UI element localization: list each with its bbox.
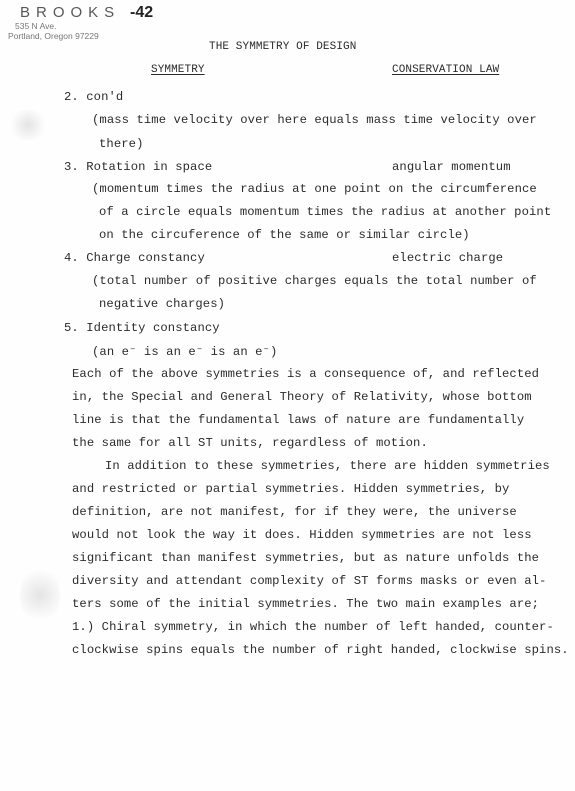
stamp-name: BROOKS [20,4,120,21]
document-title: THE SYMMETRY OF DESIGN [209,41,356,53]
paragraph-line: line is that the fundamental laws of nat… [72,413,524,427]
document-page: BROOKS -42 535 N Ave. Portland, Oregon 9… [0,0,575,791]
item-conservation-law: angular momentum [392,160,511,174]
item-line: there) [99,137,143,151]
column-header-symmetry: SYMMETRY [151,64,205,76]
item-heading: 3. Rotation in space [64,160,212,174]
stamp-address: 535 N Ave. [15,21,56,31]
stamp-page-number: -42 [130,4,153,22]
paragraph-line: diversity and attendant complexity of ST… [72,574,546,588]
item-heading: 5. Identity constancy [64,321,220,335]
item-line: of a circle equals momentum times the ra… [99,205,551,219]
scan-smudge [20,565,60,625]
paragraph-line: clockwise spins equals the number of rig… [72,643,569,657]
paragraph-line: the same for all ST units, regardless of… [72,436,428,450]
paragraph-line: Each of the above symmetries is a conseq… [72,367,539,381]
item-line: (an e⁻ is an e⁻ is an e⁻) [92,344,277,359]
item-line: negative charges) [99,297,225,311]
column-header-conservation-law: CONSERVATION LAW [392,64,499,76]
item-heading: 4. Charge constancy [64,251,205,265]
scan-smudge [8,110,48,140]
paragraph-line: significant than manifest symmetries, bu… [72,551,539,565]
paragraph-line: would not look the way it does. Hidden s… [72,528,532,542]
stamp-city: Portland, Oregon 97229 [8,31,99,41]
item-line: (total number of positive charges equals… [92,274,537,288]
paragraph-line: definition, are not manifest, for if the… [72,505,517,519]
item-heading: 2. con'd [64,90,123,104]
item-line: (mass time velocity over here equals mas… [92,113,537,127]
paragraph-line: ters some of the initial symmetries. The… [72,597,539,611]
paragraph-line: in, the Special and General Theory of Re… [72,390,532,404]
paragraph-line: In addition to these symmetries, there a… [105,459,550,473]
item-line: (momentum times the radius at one point … [92,182,537,196]
paragraph-line: and restricted or partial symmetries. Hi… [72,482,509,496]
paragraph-line: 1.) Chiral symmetry, in which the number… [72,620,554,634]
item-conservation-law: electric charge [392,251,503,265]
item-line: on the circuference of the same or simil… [99,228,470,242]
